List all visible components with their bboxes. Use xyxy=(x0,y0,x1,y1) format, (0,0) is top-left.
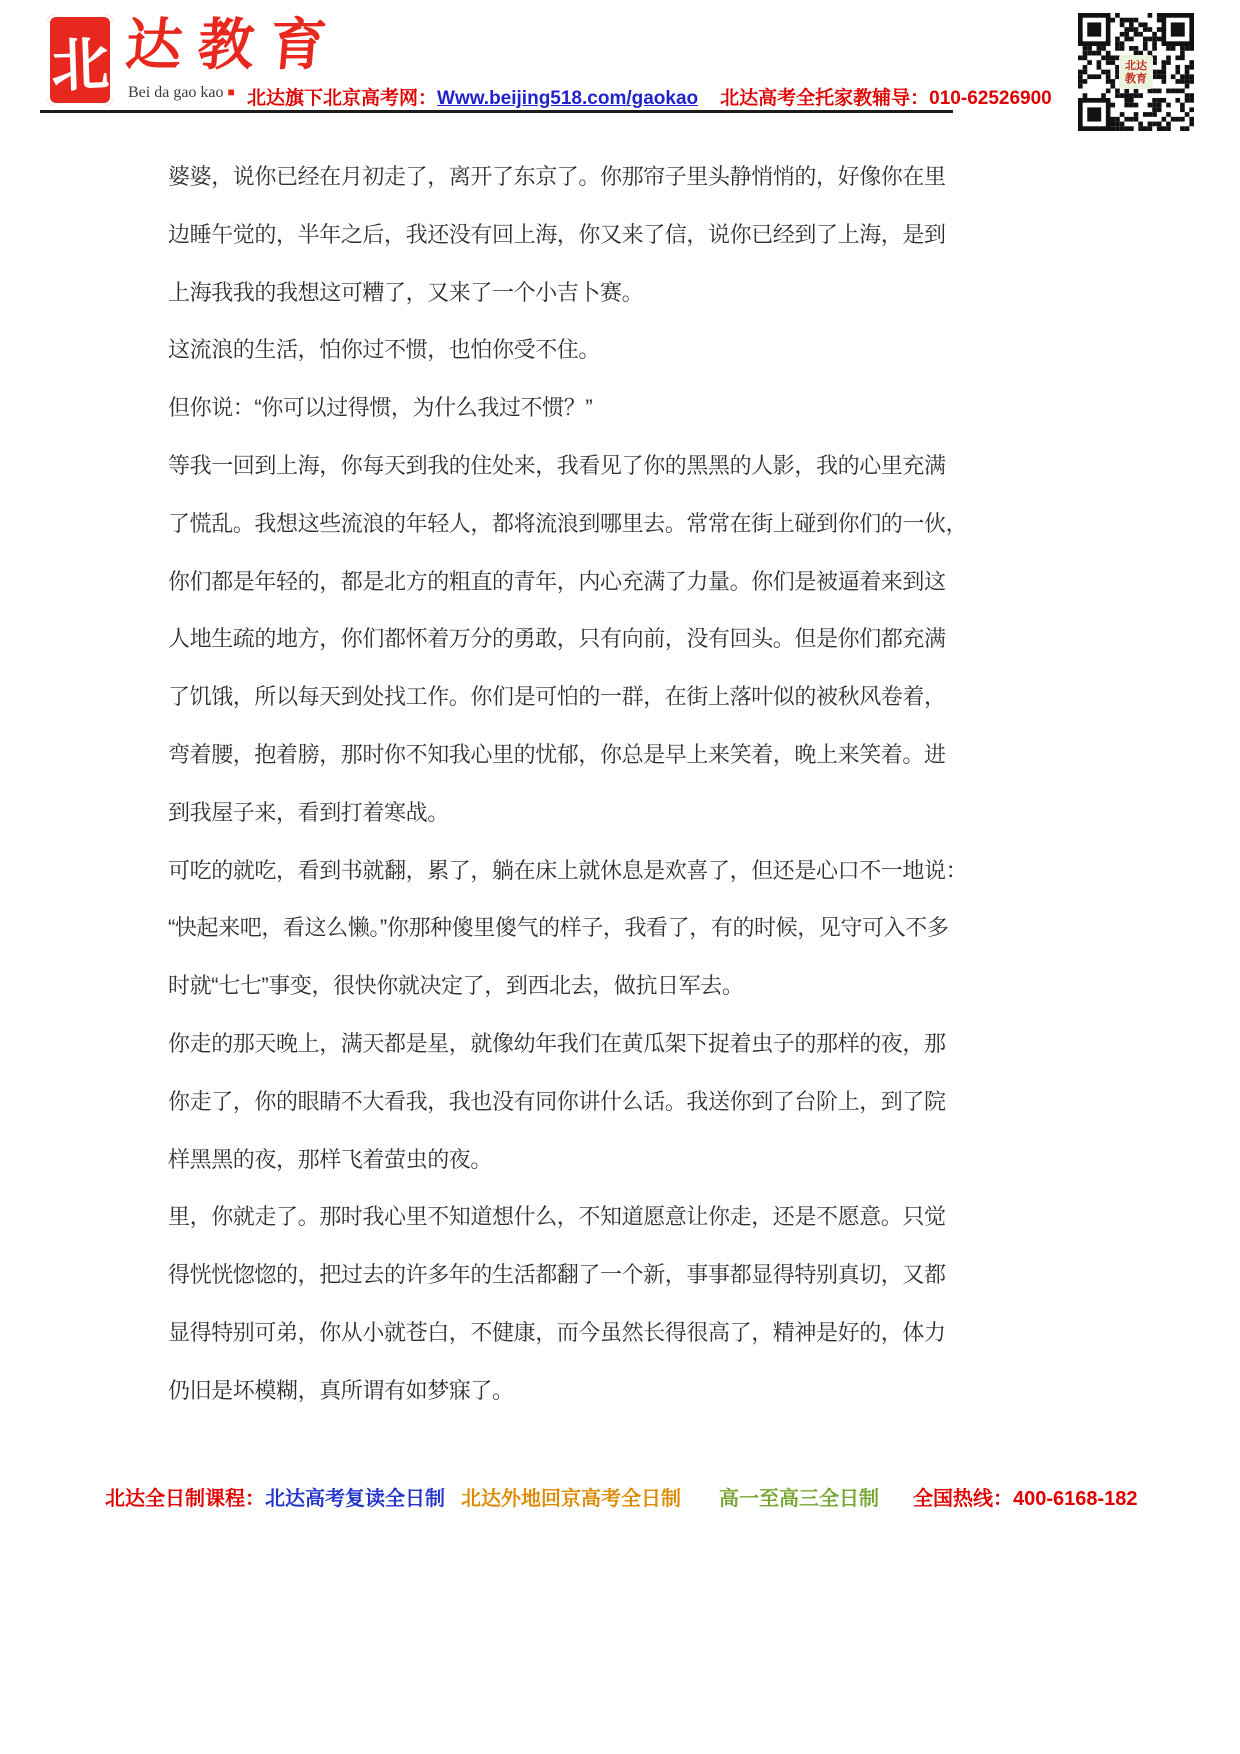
body-line: 人地生疏的地方，你们都怀着万分的勇敢，只有向前，没有回头。但是你们都充满 xyxy=(168,610,968,668)
body-line: 上海我我的我想这可糟了，又来了一个小吉卜赛。 xyxy=(168,264,968,322)
brand-subtitle-text: Bei da gao kao xyxy=(128,84,224,101)
body-line: 边睡午觉的，半年之后，我还没有回上海，你又来了信，说你已经到了上海，是到 xyxy=(168,206,968,264)
qr-label-line1: 北达 xyxy=(1125,59,1147,72)
body-line: “快起来吧，看这么懒。”你那种傻里傻气的样子，我看了，有的时候，见守可入不多 xyxy=(168,899,968,957)
footer-course-line: 北达全日制课程：北达高考复读全日制北达外地回京高考全日制高一至高三全日制全国热线… xyxy=(105,1482,1138,1511)
body-line: 了慌乱。我想这些流浪的年轻人，都将流浪到哪里去。常常在街上碰到你们的一伙， xyxy=(168,495,968,553)
body-line: 得恍恍惚惚的，把过去的许多年的生活都翻了一个新，事事都显得特别真切，又都 xyxy=(168,1246,968,1304)
footer-hotline-number: 400-6168-182 xyxy=(1013,1488,1138,1510)
body-line: 到我屋子来，看到打着寒战。 xyxy=(168,784,968,842)
document-text: 婆婆，说你已经在月初走了，离开了东京了。你那帘子里头静悄悄的，好像你在里 边睡午… xyxy=(168,148,968,1420)
body-line: 时就“七七”事变，很快你就决定了，到西北去，做抗日军去。 xyxy=(168,957,968,1015)
seal-character: 北 xyxy=(50,17,111,103)
body-line: 仍旧是坏模糊，真所谓有如梦寐了。 xyxy=(168,1362,968,1420)
body-line: 婆婆，说你已经在月初走了，离开了东京了。你那帘子里头静悄悄的，好像你在里 xyxy=(168,148,968,206)
footer-item-returning-students: 北达外地回京高考全日制 xyxy=(461,1488,681,1510)
body-line: 里，你就走了。那时我心里不知道想什么，不知道愿意让你走，还是不愿意。只觉 xyxy=(168,1188,968,1246)
tutor-phone: 010-62526900 xyxy=(929,88,1052,109)
body-line: 了饥饿，所以每天到处找工作。你们是可怕的一群，在街上落叶似的被秋风卷着， xyxy=(168,668,968,726)
site-label: 北达旗下北京高考网： xyxy=(247,88,437,109)
body-line: 但你说：“你可以过得惯，为什么我过不惯？” xyxy=(168,379,968,437)
body-line: 显得特别可弟，你从小就苍白，不健康，而今虽然长得很高了，精神是好的，体力 xyxy=(168,1304,968,1362)
footer-item-grades: 高一至高三全日制 xyxy=(719,1488,879,1510)
body-line: 你走的那天晚上，满天都是星，就像幼年我们在黄瓜架下捉着虫子的那样的夜，那 xyxy=(168,1015,968,1073)
header-contact-line: 北达旗下北京高考网：Www.beijing518.com/gaokao北达高考全… xyxy=(247,83,1052,110)
site-url-link[interactable]: Www.beijing518.com/gaokao xyxy=(437,88,698,109)
footer-hotline-label: 全国热线： xyxy=(913,1488,1013,1510)
footer-item-fulltime-repeat: 北达高考复读全日制 xyxy=(265,1488,445,1510)
footer-label: 北达全日制课程： xyxy=(105,1488,265,1510)
red-square-marker: ■ xyxy=(228,85,235,99)
brand-seal-logo: 北 xyxy=(47,14,113,106)
document-page: 北 达教育 Bei da gao kao ■ 北达旗下北京高考网：Www.bei… xyxy=(0,0,1240,1754)
body-line: 样黑黑的夜，那样飞着萤虫的夜。 xyxy=(168,1131,968,1189)
brand-name: 达教育 xyxy=(123,14,344,76)
header-divider xyxy=(40,110,953,113)
qr-center-label: 北达 教育 xyxy=(1119,55,1153,89)
brand-subtitle: Bei da gao kao ■ xyxy=(128,84,235,102)
tutor-label: 北达高考全托家教辅导： xyxy=(720,88,929,109)
body-line: 等我一回到上海，你每天到我的住处来，我看见了你的黑黑的人影，我的心里充满 xyxy=(168,437,968,495)
body-line: 弯着腰，抱着膀，那时你不知我心里的忧郁，你总是早上来笑着，晚上来笑着。进 xyxy=(168,726,968,784)
qr-code: 北达 教育 xyxy=(1078,13,1194,131)
body-line: 可吃的就吃，看到书就翻，累了，躺在床上就休息是欢喜了，但还是心口不一地说： xyxy=(168,842,968,900)
body-line: 这流浪的生活，怕你过不惯，也怕你受不住。 xyxy=(168,321,968,379)
qr-label-line2: 教育 xyxy=(1125,72,1147,85)
body-line: 你走了，你的眼睛不大看我，我也没有同你讲什么话。我送你到了台阶上，到了院 xyxy=(168,1073,968,1131)
body-line: 你们都是年轻的，都是北方的粗直的青年，内心充满了力量。你们是被逼着来到这 xyxy=(168,553,968,611)
